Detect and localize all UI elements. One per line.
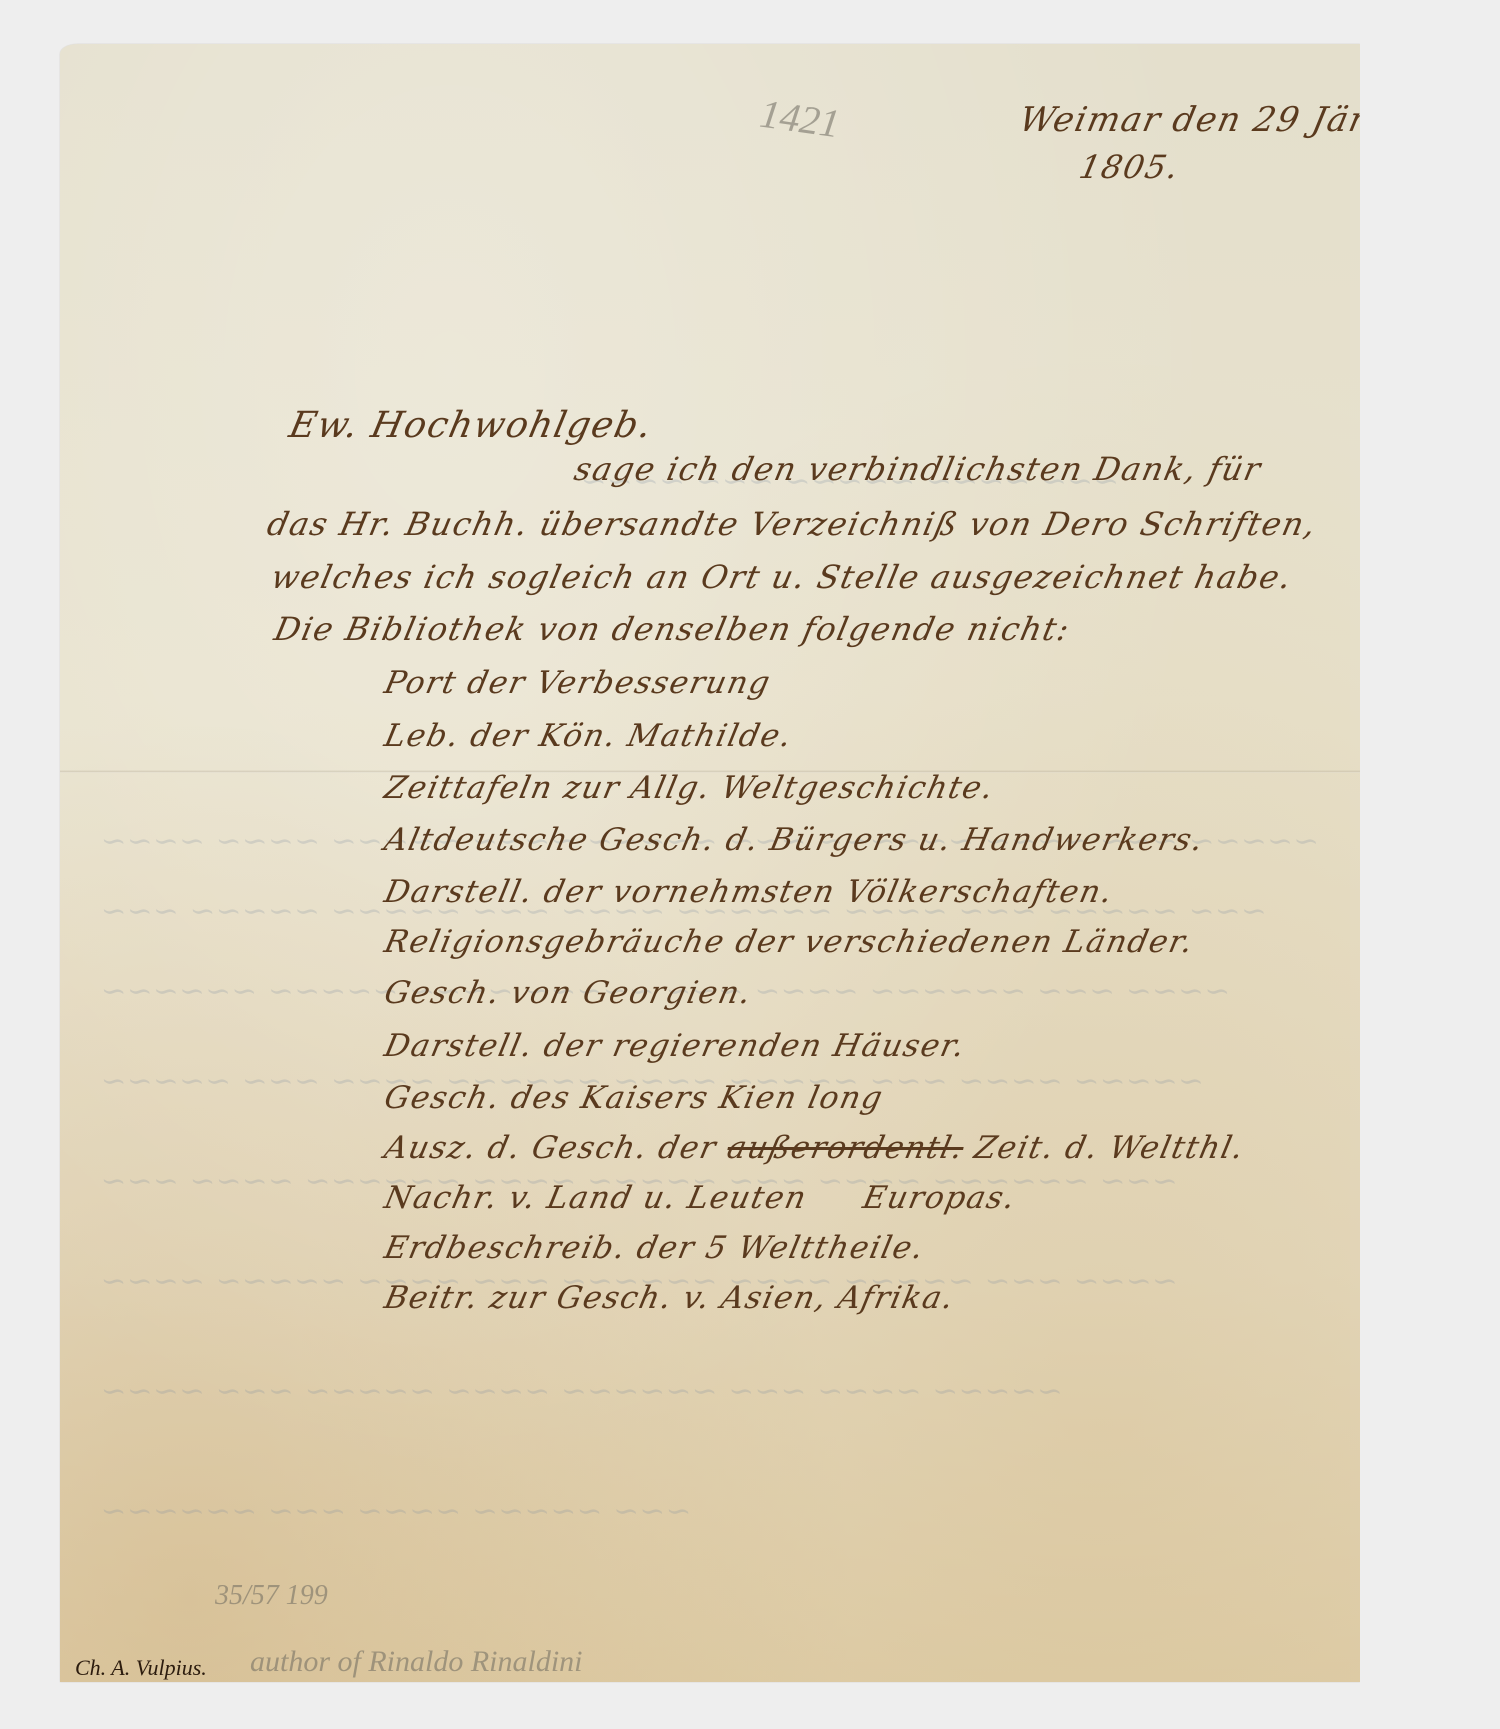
- list-item: Port der Verbesserung: [381, 665, 774, 701]
- reverse-showthrough: ~~~~~ ~~~~ ~~~ ~~~~~~ ~~~~ ~~~~~ ~~~ ~~~…: [97, 1374, 1066, 1409]
- list-item: Ausz. d. Gesch. der außerordentl. Zeit. …: [381, 1130, 1248, 1166]
- list-item: Zeittafeln zur Allg. Weltgeschichte.: [381, 770, 998, 806]
- list-item: Altdeutsche Gesch. d. Bürgers u. Handwer…: [381, 822, 1207, 858]
- body-line: Die Bibliothek von denselben folgende ni…: [271, 610, 1074, 648]
- list-item-text: Ausz. d. Gesch. der: [381, 1130, 720, 1166]
- body-line: welches ich sogleich an Ort u. Stelle au…: [268, 558, 1296, 596]
- list-item: Religionsgebräuche der verschiedenen Län…: [381, 924, 1197, 960]
- list-item: Gesch. von Georgien.: [381, 975, 755, 1011]
- body-line: das Hr. Buchh. übersandte Verzeichniß vo…: [264, 505, 1320, 543]
- list-item-continuation: Zeit. d. Weltthl.: [971, 1130, 1248, 1166]
- list-item-text: Nachr. v. Land u. Leuten: [381, 1180, 810, 1216]
- dateline: Weimar den 29 Jänner: [1016, 100, 1360, 140]
- list-item: Beitr. zur Gesch. v. Asien, Afrika.: [381, 1280, 958, 1316]
- list-item: Erdbeschreib. der 5 Welttheile.: [381, 1230, 928, 1266]
- body-line: sage ich den verbindlichsten Dank, für: [571, 450, 1265, 488]
- list-item: Gesch. des Kaisers Kien long: [381, 1080, 887, 1116]
- list-item-continuation: Europas.: [860, 1180, 1020, 1216]
- list-item: Darstell. der vornehmsten Völkerschaften…: [381, 874, 1117, 910]
- list-item: Leb. der Kön. Mathilde.: [381, 718, 796, 754]
- list-item: Darstell. der regierenden Häuser.: [381, 1028, 969, 1064]
- salutation: Ew. Hochwohlgeb.: [286, 405, 657, 446]
- date-year: 1805.: [1076, 148, 1183, 186]
- list-item: Nachr. v. Land u. Leuten Europas.: [381, 1180, 1019, 1216]
- letter-paper: ~~~ ~~~~ ~~~~~ ~~~ ~~~~ ~~~~~ ~~~ ~~~~ ~…: [60, 44, 1360, 1682]
- pencil-catalogue-number: 35/57 199: [215, 1580, 328, 1612]
- reverse-showthrough: ~~~ ~~~~~ ~~~~ ~~~ ~~~~~~: [97, 1494, 694, 1529]
- pencil-attribution-note: author of Rinaldo Rinaldini: [250, 1645, 583, 1679]
- signature-label: Ch. A. Vulpius.: [75, 1655, 207, 1681]
- struck-text: außerordentl.: [724, 1130, 967, 1166]
